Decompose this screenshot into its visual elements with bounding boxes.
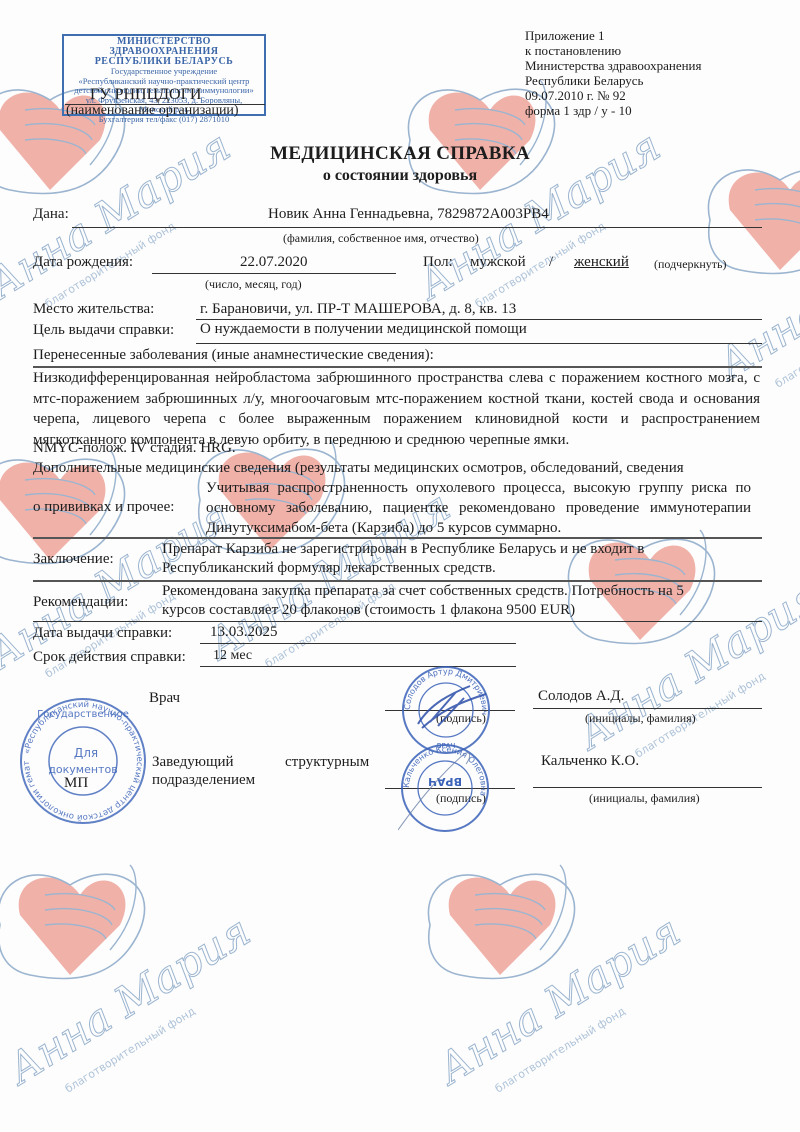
svg-text:благотворительный фонд: благотворительный фонд <box>63 1004 198 1095</box>
sex-option-female-selected: женский <box>574 254 629 271</box>
document-subtitle: о состоянии здоровья <box>0 167 800 185</box>
sex-option-male: мужской <box>470 254 526 271</box>
residence-value: г. Барановичи, ул. ПР-Т МАШЕРОВА, д. 8, … <box>200 301 516 318</box>
doctor-name: Солодов А.Д. <box>538 688 624 705</box>
svg-text:документов: документов <box>48 763 117 776</box>
issued-to-caption: (фамилия, собственное имя, отчество) <box>283 231 479 246</box>
doctor-role: Врач <box>149 690 180 707</box>
sex-hint: (подчеркнуть) <box>654 257 727 272</box>
validity-label: Срок действия справки: <box>33 649 186 666</box>
charity-watermark: Анна Марияблаготворительный фонд <box>420 855 720 1115</box>
svg-text:Анна Мария: Анна Мария <box>0 906 259 1095</box>
birth-date-caption: (число, месяц, год) <box>205 277 302 292</box>
birth-date-label: Дата рождения: <box>33 254 133 271</box>
appendix-line: 09.07.2010 г. № 92 <box>525 88 702 103</box>
doctor-name-caption: (инициалы, фамилия) <box>585 711 696 726</box>
svg-text:Для: Для <box>74 746 98 760</box>
sex-label: Пол: <box>423 254 453 271</box>
purpose-label: Цель выдачи справки: <box>33 322 174 339</box>
issue-date-label: Дата выдачи справки: <box>33 625 172 642</box>
appendix-block: Приложение 1 к постановлению Министерств… <box>525 28 702 118</box>
charity-watermark: Анна Марияблаготворительный фонд <box>0 855 290 1115</box>
history-value-extra: NMYC-полож. IV стадия. HRG. <box>33 440 236 457</box>
appendix-line: Министерства здравоохранения <box>525 58 702 73</box>
charity-watermark: Анна Марияблаготворительный фонд <box>560 520 800 780</box>
issued-to-value: Новик Анна Геннадьевна, 7829872А003РВ4 <box>268 206 549 223</box>
svg-text:Государственное: Государственное <box>37 709 129 720</box>
svg-text:ВРАЧ: ВРАЧ <box>428 775 462 788</box>
svg-text:Анна Мария: Анна Мария <box>427 906 689 1095</box>
residence-label: Место жительства: <box>33 301 154 318</box>
history-value: Низкодифференцированная нейробластома за… <box>33 368 760 450</box>
document-title: МЕДИЦИНСКАЯ СПРАВКА <box>0 143 800 165</box>
additional-label-cont: о прививках и прочее: <box>33 499 174 516</box>
appendix-line: к постановлению <box>525 43 702 58</box>
recommendations-line-2: курсов составляет 20 флаконов (стоимость… <box>162 602 575 619</box>
birth-date-value: 22.07.2020 <box>240 254 308 271</box>
issued-to-label: Дана: <box>33 206 69 223</box>
svg-text:благотворительный фонд: благотворительный фонд <box>773 299 800 390</box>
head-role-word-3: подразделением <box>152 772 255 789</box>
organization-caption: (наименование организации) <box>66 103 239 119</box>
head-name-caption: (инициалы, фамилия) <box>589 791 700 806</box>
appendix-line: Приложение 1 <box>525 28 702 43</box>
recommendations-label: Рекомендации: <box>33 594 128 611</box>
institution-round-stamp: «Республиканский научно-практический цен… <box>14 695 152 827</box>
svg-text:Солодов Артур Дмитриевич: Солодов Артур Дмитриевич <box>403 667 489 715</box>
appendix-line: форма 1 здр / у - 10 <box>525 103 702 118</box>
head-name: Кальченко К.О. <box>541 753 639 770</box>
issue-date-value: 13.03.2025 <box>210 624 278 641</box>
head-role-word-2: структурным <box>285 754 369 771</box>
validity-value: 12 мес <box>213 648 252 664</box>
conclusion-label: Заключение: <box>33 551 114 568</box>
sex-separator: / <box>549 254 553 271</box>
head-round-stamp: Кальченко Ксения Олеговна ВРАЧ <box>398 742 492 834</box>
conclusion-line-2: Республиканский формуляр лекарственных с… <box>162 560 496 577</box>
conclusion-line-1: Препарат Карзиба не зарегистрирован в Ре… <box>162 541 644 558</box>
appendix-line: Республики Беларусь <box>525 73 702 88</box>
history-label: Перенесенные заболевания (иные анамнести… <box>33 347 434 364</box>
svg-text:благотворительный фонд: благотворительный фонд <box>493 1004 628 1095</box>
head-role-word-1: Заведующий <box>152 754 234 771</box>
svg-text:Анна Мария: Анна Мария <box>707 201 800 390</box>
recommendations-line-1: Рекомендована закупка препарата за счет … <box>162 583 684 600</box>
additional-value: Учитывая распространенность опухолевого … <box>206 478 751 538</box>
org-stamp-line: МИНИСТЕРСТВО ЗДРАВООХРАНЕНИЯ <box>64 37 264 57</box>
svg-text:Кальченко Ксения Олеговна: Кальченко Ксения Олеговна <box>402 745 488 797</box>
organization-name: ГУ РНПЦДОГИ <box>90 86 201 104</box>
purpose-value: О нуждаемости в получении медицинской по… <box>200 321 527 338</box>
additional-label: Дополнительные медицинские сведения (рез… <box>33 460 684 477</box>
